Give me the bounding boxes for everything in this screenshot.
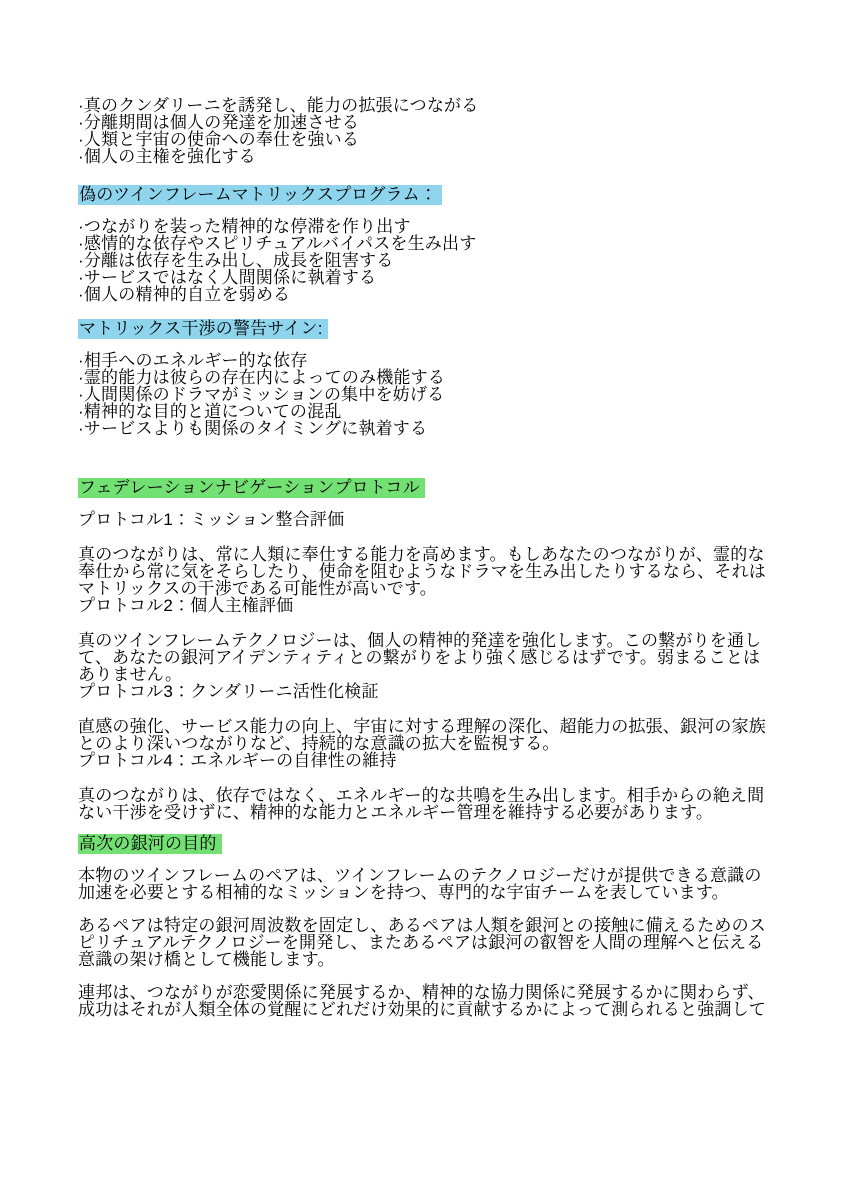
bullet-item: ·人類と宇宙の使命への奉仕を強いる [78, 131, 790, 148]
bullet-item: ·霊的能力は彼らの存在内によってのみ機能する [78, 369, 790, 386]
protocol-title: プロトコル2：個人主権評価 [78, 597, 790, 614]
bullet-item: ·相手へのエネルギー的な依存 [78, 352, 790, 369]
false-program-bullet-list: ·つながりを装った精神的な停滞を作り出す ·感情的な依存やスピリチュアルバイパス… [78, 218, 790, 303]
highlighted-heading-text: フェデレーションナビゲーションプロトコル [78, 478, 425, 498]
bullet-item: ·精神的な目的と道についての混乱 [78, 403, 790, 420]
protocol-block-3: プロトコル3：クンダリーニ活性化検証 直感の強化、サービス能力の向上、宇宙に対す… [78, 683, 790, 752]
protocol-block-1: プロトコル1：ミッション整合評価 真のつながりは、常に人類に奉仕する能力を高めま… [78, 511, 790, 597]
highlighted-heading-text: 偽のツインフレームマトリックスプログラム： [78, 185, 442, 205]
highlighted-heading-text: マトリックス干渉の警告サイン: [78, 319, 328, 339]
highlighted-heading-text: 高次の銀河の目的 [78, 834, 222, 854]
warning-signs-bullet-list: ·相手へのエネルギー的な依存 ·霊的能力は彼らの存在内によってのみ機能する ·人… [78, 352, 790, 437]
protocol-title: プロトコル3：クンダリーニ活性化検証 [78, 683, 790, 700]
document-page: ·真のクンダリーニを誘発し、能力の拡張につながる ·分離期間は個人の発達を加速さ… [0, 0, 848, 1200]
higher-purpose-paragraph: あるペアは特定の銀河周波数を固定し、あるペアは人類を銀河との接触に備えるためのス… [78, 917, 790, 968]
bullet-item: ·サービスよりも関係のタイミングに執着する [78, 420, 790, 437]
section-heading-warning-signs: マトリックス干渉の警告サイン: [78, 319, 790, 339]
bullet-item: ·真のクンダリーニを誘発し、能力の拡張につながる [78, 97, 790, 114]
protocol-title: プロトコル1：ミッション整合評価 [78, 511, 790, 528]
protocol-body: 真のつながりは、依存ではなく、エネルギー的な共鳴を生み出します。相手からの絶え間… [78, 787, 790, 821]
bullet-item: ·個人の精神的自立を弱める [78, 286, 790, 303]
bullet-item: ·分離期間は個人の発達を加速させる [78, 114, 790, 131]
protocol-body: 直感の強化、サービス能力の向上、宇宙に対する理解の深化、超能力の拡張、銀河の家族… [78, 718, 790, 752]
section-heading-higher-purpose: 高次の銀河の目的 [78, 834, 790, 854]
protocol-body: 真のつながりは、常に人類に奉仕する能力を高めます。もしあなたのつながりが、霊的な… [78, 546, 790, 597]
higher-purpose-paragraph: 連邦は、つながりが恋愛関係に発展するか、精神的な協力関係に発展するかに関わらず、… [78, 984, 790, 1018]
protocol-block-2: プロトコル2：個人主権評価 真のツインフレームテクノロジーは、個人の精神的発達を… [78, 597, 790, 683]
bullet-item: ·個人の主権を強化する [78, 148, 790, 165]
bullet-item: ·感情的な依存やスピリチュアルバイパスを生み出す [78, 235, 790, 252]
bullet-item: ·つながりを装った精神的な停滞を作り出す [78, 218, 790, 235]
section-heading-false-program: 偽のツインフレームマトリックスプログラム： [78, 185, 790, 205]
higher-purpose-paragraph: 本物のツインフレームのペアは、ツインフレームのテクノロジーだけが提供できる意識の… [78, 867, 790, 901]
protocol-body: 真のツインフレームテクノロジーは、個人の精神的発達を強化します。この繋がりを通し… [78, 632, 790, 683]
section-heading-federation-protocols: フェデレーションナビゲーションプロトコル [78, 478, 790, 498]
protocol-title: プロトコル4：エネルギーの自律性の維持 [78, 752, 790, 769]
document-content: ·真のクンダリーニを誘発し、能力の拡張につながる ·分離期間は個人の発達を加速さ… [78, 97, 790, 1018]
bullet-item: ·分離は依存を生み出し、成長を阻害する [78, 252, 790, 269]
protocol-block-4: プロトコル4：エネルギーの自律性の維持 真のつながりは、依存ではなく、エネルギー… [78, 752, 790, 821]
bullet-item: ·サービスではなく人間関係に執着する [78, 269, 790, 286]
bullet-item: ·人間関係のドラマがミッションの集中を妨げる [78, 386, 790, 403]
intro-bullet-list: ·真のクンダリーニを誘発し、能力の拡張につながる ·分離期間は個人の発達を加速さ… [78, 97, 790, 165]
